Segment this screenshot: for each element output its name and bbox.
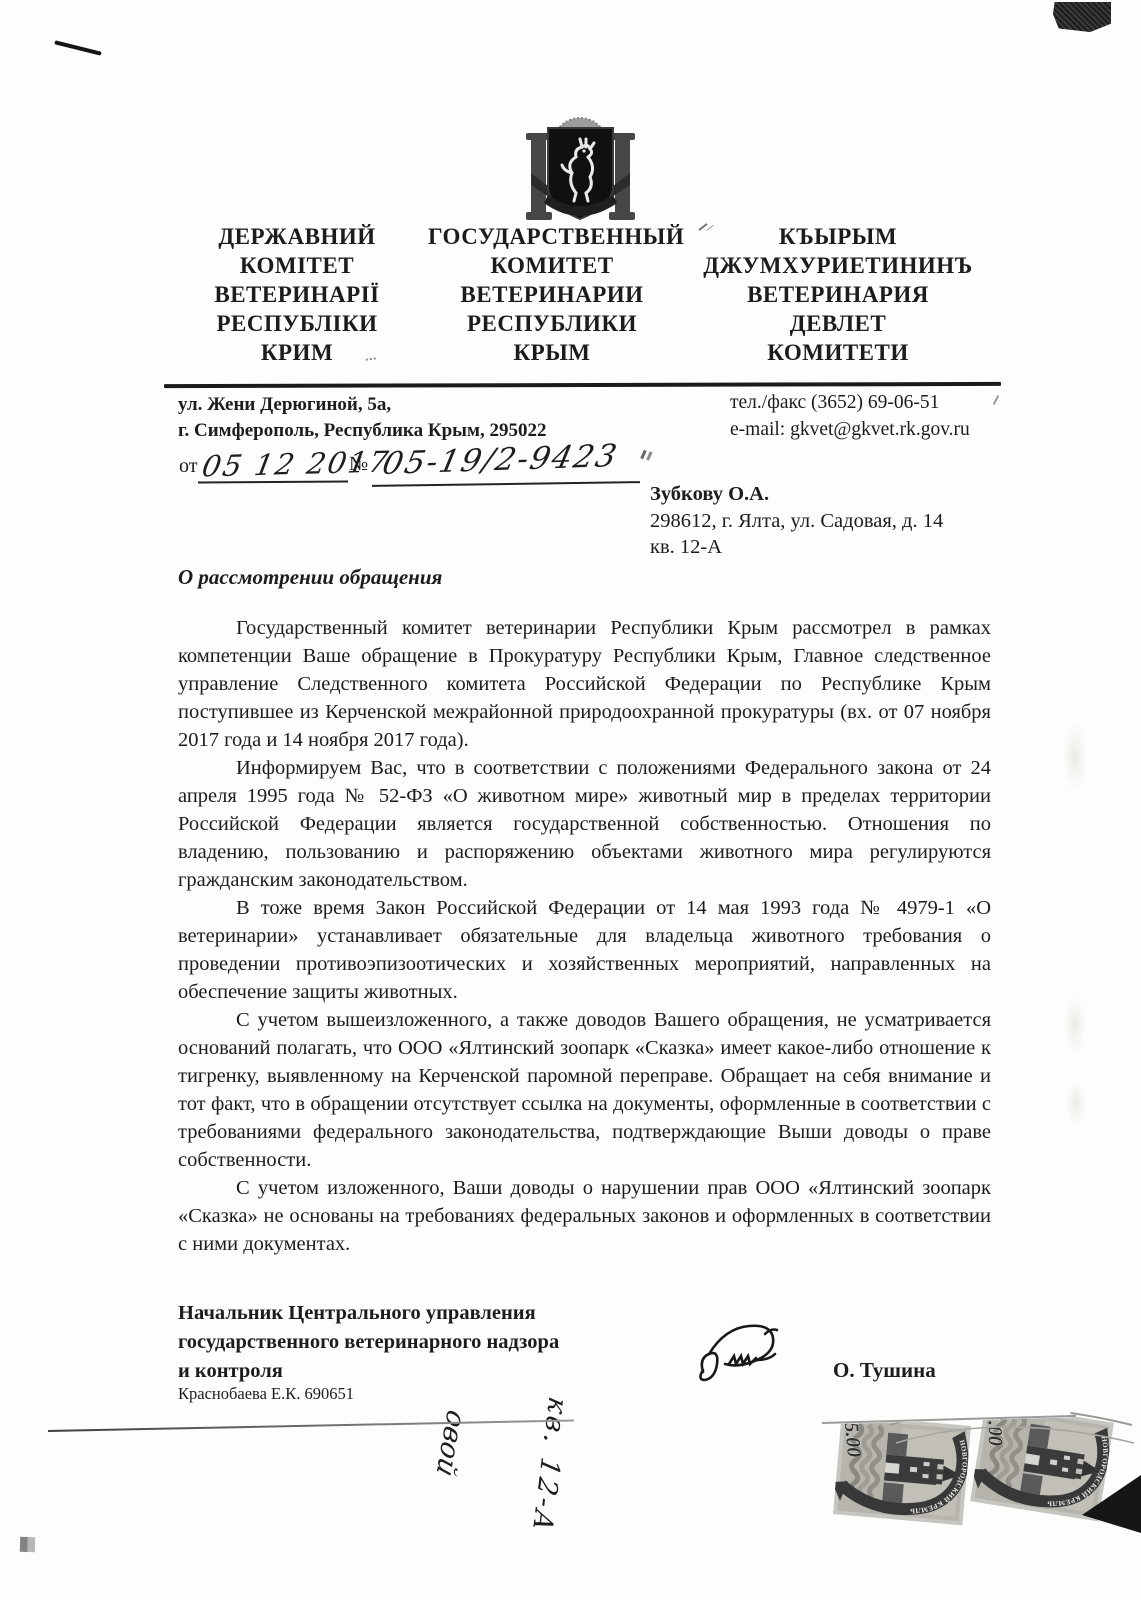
sender-email: e-mail: gkvet@gkvet.rk.gov.ru bbox=[730, 416, 970, 443]
page-edge-line bbox=[48, 1419, 574, 1432]
recipient-address-line: 298612, г. Ялта, ул. Садовая, д. 14 bbox=[650, 508, 943, 535]
scanned-letter-page: ДЕРЖАВНИЙ КОМІТЕТ ВЕТЕРИНАРІЇ РЕСПУБЛІКИ… bbox=[0, 0, 1141, 1600]
letterhead-line: КОМІТЕТ bbox=[183, 251, 411, 280]
recipient-address-line: кв. 12-А bbox=[650, 534, 943, 561]
letterhead-column-russian: ГОСУДАРСТВЕННЫЙ КОМИТЕТ ВЕТЕРИНАРИИ РЕСП… bbox=[428, 222, 676, 367]
signer-title-line: Начальник Центрального управления bbox=[178, 1299, 559, 1328]
body-paragraph: С учетом изложенного, Ваши доводы о нару… bbox=[178, 1174, 991, 1258]
sender-contacts: тел./факс (3652) 69-06-51 e-mail: gkvet@… bbox=[730, 389, 970, 443]
ref-underline bbox=[198, 480, 348, 483]
ref-underline bbox=[372, 481, 640, 487]
margin-smudge bbox=[1062, 722, 1088, 792]
body-paragraph: Государственный комитет ветеринарии Респ… bbox=[178, 614, 991, 754]
ref-from-label: от bbox=[179, 455, 197, 478]
letterhead-line: КЪЫРЫМ bbox=[702, 222, 974, 251]
scan-corner-blob bbox=[1053, 2, 1111, 32]
header-rule bbox=[164, 382, 1001, 388]
envelope-handwriting-fragment: овой bbox=[430, 1406, 471, 1480]
ref-number-label: № bbox=[349, 453, 368, 476]
handwritten-ref-number: 05-19/2-9423 bbox=[379, 438, 622, 482]
signer-name: О. Тушина bbox=[833, 1358, 936, 1383]
letterhead-column-ukrainian: ДЕРЖАВНИЙ КОМІТЕТ ВЕТЕРИНАРІЇ РЕСПУБЛІКИ… bbox=[183, 222, 411, 367]
recipient-name: Зубкову О.А. bbox=[650, 481, 943, 508]
body-paragraph: В тоже время Закон Российской Федерации … bbox=[178, 894, 991, 1006]
noise-mark bbox=[993, 395, 999, 405]
margin-smudge bbox=[1064, 995, 1086, 1055]
letterhead-line: ДЖУМХУРИЕТИНИНЪ bbox=[702, 251, 974, 280]
recipient-block: Зубкову О.А. 298612, г. Ялта, ул. Садова… bbox=[650, 481, 943, 561]
letterhead-line: ГОСУДАРСТВЕННЫЙ bbox=[428, 222, 676, 251]
letterhead-line: РЕСПУБЛИКИ КРЫМ bbox=[428, 309, 676, 367]
letterhead-line: ВЕТЕРИНАРІЇ bbox=[183, 280, 411, 309]
pen-stroke-mark bbox=[54, 40, 102, 55]
letterhead-column-crimean-tatar: КЪЫРЫМ ДЖУМХУРИЕТИНИНЪ ВЕТЕРИНАРИЯ ДЕВЛЕ… bbox=[702, 222, 974, 367]
crimea-coat-of-arms-icon bbox=[518, 110, 643, 234]
noise-mark bbox=[640, 450, 646, 459]
signer-title-line: государственного ветеринарного надзора bbox=[178, 1328, 559, 1357]
sender-address: ул. Жени Дерюгиной, 5а, г. Симферополь, … bbox=[178, 392, 546, 444]
body-paragraph: Информируем Вас, что в соответствии с по… bbox=[178, 754, 991, 894]
letterhead-line: КОМИТЕТИ bbox=[702, 338, 974, 367]
letterhead-line: КОМИТЕТ bbox=[428, 251, 676, 280]
envelope-handwriting-apartment: кв. 12-А bbox=[526, 1394, 573, 1537]
handwritten-signature bbox=[695, 1320, 790, 1390]
signer-title: Начальник Центрального управления госуда… bbox=[178, 1299, 559, 1386]
letterhead-line: РЕСПУБЛІКИ КРИМ bbox=[183, 309, 411, 367]
margin-smudge bbox=[1066, 1080, 1086, 1126]
postmark-cancellation-marks bbox=[820, 1363, 1141, 1600]
letterhead-line: ВЕТЕРИНАРИИ bbox=[428, 280, 676, 309]
scan-square-mark bbox=[20, 1537, 36, 1553]
letterhead-line: ДЕРЖАВНИЙ bbox=[183, 222, 411, 251]
letter-body: Государственный комитет ветеринарии Респ… bbox=[178, 614, 991, 1258]
sender-address-line: ул. Жени Дерюгиной, 5а, bbox=[178, 392, 546, 418]
signer-title-line: и контроля bbox=[178, 1357, 559, 1386]
envelope-stamps-area: НОВГОРОДСКИЙ КРЕМЛЬ 5.00 bbox=[820, 1363, 1141, 1600]
sender-phone: тел./факс (3652) 69-06-51 bbox=[730, 389, 970, 416]
sender-address-line: г. Симферополь, Республика Крым, 295022 bbox=[178, 418, 546, 444]
executor-line: Краснобаева Е.К. 690651 bbox=[178, 1384, 354, 1404]
letterhead-line: ВЕТЕРИНАРИЯ ДЕВЛЕТ bbox=[702, 280, 974, 338]
subject-line: О рассмотрении обращения bbox=[178, 565, 442, 590]
body-paragraph: С учетом вышеизложенного, а также доводо… bbox=[178, 1006, 991, 1174]
